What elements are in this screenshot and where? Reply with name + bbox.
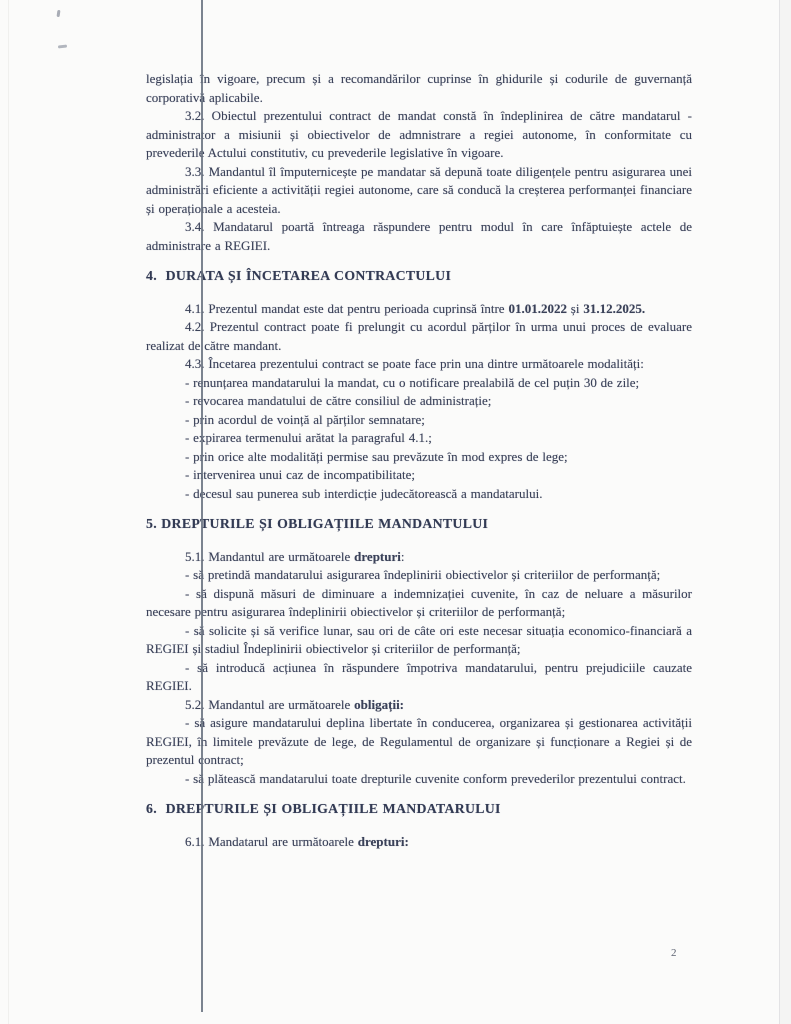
paragraph: 3.4. Mandatarul poartă întreaga răspunde… <box>146 218 692 255</box>
text-run: și <box>567 301 583 316</box>
text-run: 4.2. Prezentul contract poate fi prelung… <box>146 319 692 353</box>
list-item: - decesul sau punerea sub interdicție ju… <box>146 485 692 504</box>
text-run: - expirarea termenului arătat la paragra… <box>185 430 432 445</box>
list-item: - să introducă acțiunea în răspundere îm… <box>146 659 692 696</box>
paragraph: legislația în vigoare, precum și a recom… <box>146 70 692 107</box>
list-item: - să solicite și să verifice lunar, sau … <box>146 622 692 659</box>
paragraph: 5.2. Mandantul are următoarele obligații… <box>146 696 692 715</box>
list-item: - renunțarea mandatarului la mandat, cu … <box>146 374 692 393</box>
text-run: 3.3. Mandantul îl împuternicește pe mand… <box>146 164 692 216</box>
list-item: - intervenirea unui caz de incompatibili… <box>146 466 692 485</box>
scan-speck <box>58 45 67 49</box>
emphasis-text: drepturi <box>354 549 401 564</box>
list-item: - revocarea mandatului de către consiliu… <box>146 392 692 411</box>
text-run: - revocarea mandatului de către consiliu… <box>185 393 491 408</box>
section-heading: 6. DREPTURILE ȘI OBLIGAȚIILE MANDATARULU… <box>146 800 692 819</box>
paragraph: 4.2. Prezentul contract poate fi prelung… <box>146 318 692 355</box>
text-run: - prin acordul de voință al părților sem… <box>185 412 425 427</box>
text-run: 4.1. Prezentul mandat este dat pentru pe… <box>185 301 508 316</box>
page-edge-left <box>8 0 9 1024</box>
scan-line-artifact <box>201 0 203 1012</box>
text-run: - să introducă acțiunea în răspundere îm… <box>146 660 692 694</box>
text-run: 6.1. Mandatarul are următoarele <box>185 834 358 849</box>
text-run: - intervenirea unui caz de incompatibili… <box>185 467 415 482</box>
scan-speck <box>57 10 61 17</box>
paragraph: 6.1. Mandatarul are următoarele drepturi… <box>146 833 692 852</box>
list-item: - să dispună măsuri de diminuare a indem… <box>146 585 692 622</box>
text-run: - renunțarea mandatarului la mandat, cu … <box>185 375 639 390</box>
page-edge-line <box>779 0 780 1024</box>
text-run: : <box>401 549 405 564</box>
emphasis-text: drepturi: <box>358 834 409 849</box>
text-run: 4.3. Încetarea prezentului contract se p… <box>185 356 644 371</box>
text-run: 5. DREPTURILE ȘI OBLIGAȚIILE MANDANTULUI <box>146 516 488 531</box>
text-run: 6. DREPTURILE ȘI OBLIGAȚIILE MANDATARULU… <box>146 801 501 816</box>
text-run: - prin orice alte modalități permise sau… <box>185 449 568 464</box>
text-run: - să asigure mandatarului deplina libert… <box>146 715 692 767</box>
text-run: 4. DURATA ȘI ÎNCETAREA CONTRACTULUI <box>146 268 451 283</box>
emphasis-text: 01.01.2022 <box>508 301 567 316</box>
text-run: legislația în vigoare, precum și a recom… <box>146 71 692 105</box>
list-item: - expirarea termenului arătat la paragra… <box>146 429 692 448</box>
text-run: 5.2. Mandantul are următoarele <box>185 697 354 712</box>
text-run: 5.1. Mandantul are următoarele <box>185 549 354 564</box>
list-item: - să plătească mandatarului toate dreptu… <box>146 770 692 789</box>
section-heading: 4. DURATA ȘI ÎNCETAREA CONTRACTULUI <box>146 267 692 286</box>
paragraph: 4.1. Prezentul mandat este dat pentru pe… <box>146 300 692 319</box>
page-number: 2 <box>671 947 677 959</box>
emphasis-text: obligații: <box>354 697 404 712</box>
document-content: legislația în vigoare, precum și a recom… <box>146 70 692 851</box>
document-page: legislația în vigoare, precum și a recom… <box>0 0 791 1024</box>
text-run: - să solicite și să verifice lunar, sau … <box>146 623 692 657</box>
text-run: - să plătească mandatarului toate dreptu… <box>185 771 686 786</box>
list-item: - să pretindă mandatarului asigurarea în… <box>146 566 692 585</box>
text-run: 3.4. Mandatarul poartă întreaga răspunde… <box>146 219 692 253</box>
list-item: - prin orice alte modalități permise sau… <box>146 448 692 467</box>
paragraph: 3.3. Mandantul îl împuternicește pe mand… <box>146 163 692 219</box>
emphasis-text: 31.12.2025. <box>583 301 645 316</box>
paragraph: 3.2. Obiectul prezentului contract de ma… <box>146 107 692 163</box>
text-run: 3.2. Obiectul prezentului contract de ma… <box>146 108 692 160</box>
list-item: - prin acordul de voință al părților sem… <box>146 411 692 430</box>
paragraph: 4.3. Încetarea prezentului contract se p… <box>146 355 692 374</box>
page-edge-shadow <box>780 0 791 1024</box>
text-run: - să pretindă mandatarului asigurarea în… <box>185 567 660 582</box>
text-run: - decesul sau punerea sub interdicție ju… <box>185 486 542 501</box>
list-item: - să asigure mandatarului deplina libert… <box>146 714 692 770</box>
paragraph: 5.1. Mandantul are următoarele drepturi: <box>146 548 692 567</box>
text-run: - să dispună măsuri de diminuare a indem… <box>146 586 692 620</box>
section-heading: 5. DREPTURILE ȘI OBLIGAȚIILE MANDANTULUI <box>146 515 692 534</box>
